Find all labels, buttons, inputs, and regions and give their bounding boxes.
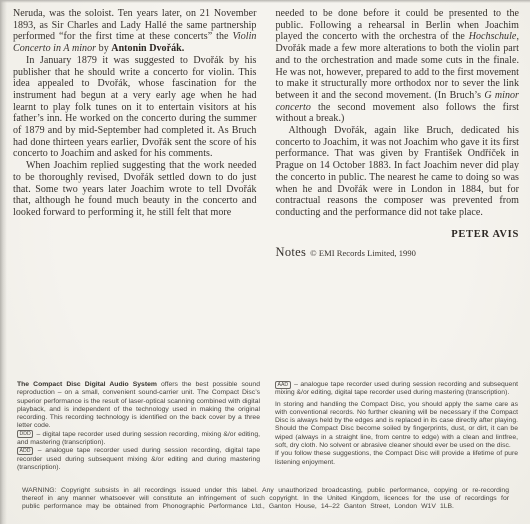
aad-code-paragraph: AAD – analogue tape recorder used during… <box>275 381 518 398</box>
scan-edge-top <box>0 0 530 3</box>
scan-edge-left <box>0 0 7 524</box>
cd-system-paragraph: The Compact Disc Digital Audio System of… <box>17 381 260 431</box>
paragraph-text: the second movement also follows the fir… <box>276 102 520 125</box>
notes-column-right: needed to be done before it could be pre… <box>276 8 520 380</box>
fineprint-column-right: AAD – analogue tape recorder used during… <box>275 381 518 472</box>
notes-paragraph: Although Dvořák, again like Bruch, dedic… <box>276 125 520 219</box>
composer-name-bold: Antonin Dvořák. <box>111 43 184 54</box>
add-code-text: – analogue tape recorder used during ses… <box>17 447 260 471</box>
notes-credit-line: Notes© EMI Records Limited, 1990 <box>276 247 520 260</box>
add-code-paragraph: ADD – analogue tape recorder used during… <box>17 447 260 472</box>
ddd-code-badge: DDD <box>17 430 33 438</box>
copyright-credit: © EMI Records Limited, 1990 <box>310 248 416 258</box>
notes-paragraph: needed to be done before it could be pre… <box>276 8 520 125</box>
notes-paragraph: Neruda, was the soloist. Ten years later… <box>13 8 257 55</box>
liner-notes: Neruda, was the soloist. Ten years later… <box>13 8 519 380</box>
compact-disc-fineprint: The Compact Disc Digital Audio System of… <box>17 381 518 472</box>
credit-notes-word: Notes <box>276 245 307 259</box>
notes-paragraph: When Joachim replied suggesting that the… <box>13 160 257 219</box>
paragraph-text: by <box>96 43 111 54</box>
cd-system-text: offers the best possible sound reproduct… <box>17 381 260 429</box>
copyright-warning: WARNING: Copyright subsists in all recor… <box>22 487 509 512</box>
cd-system-lead-bold: The Compact Disc Digital Audio System <box>17 381 157 388</box>
disc-care-paragraph: In storing and handling the Compact Disc… <box>275 401 518 451</box>
aad-code-badge: AAD <box>275 381 291 389</box>
add-code-badge: ADD <box>17 447 33 455</box>
paragraph-text: Neruda, was the soloist. Ten years later… <box>13 8 257 42</box>
work-title-italic: Hochschule <box>469 31 517 42</box>
author-byline: PETER AVIS <box>276 229 520 241</box>
notes-column-left: Neruda, was the soloist. Ten years later… <box>13 8 257 380</box>
ddd-code-text: – digital tape recorder used during sess… <box>17 431 260 446</box>
aad-code-text: – analogue tape recorder used during ses… <box>275 381 518 396</box>
fineprint-column-left: The Compact Disc Digital Audio System of… <box>17 381 260 472</box>
ddd-code-paragraph: DDD – digital tape recorder used during … <box>17 431 260 448</box>
disc-care-paragraph: If you follow these suggestions, the Com… <box>275 450 518 467</box>
notes-paragraph: In January 1879 it was suggested to Dvoř… <box>13 55 257 160</box>
